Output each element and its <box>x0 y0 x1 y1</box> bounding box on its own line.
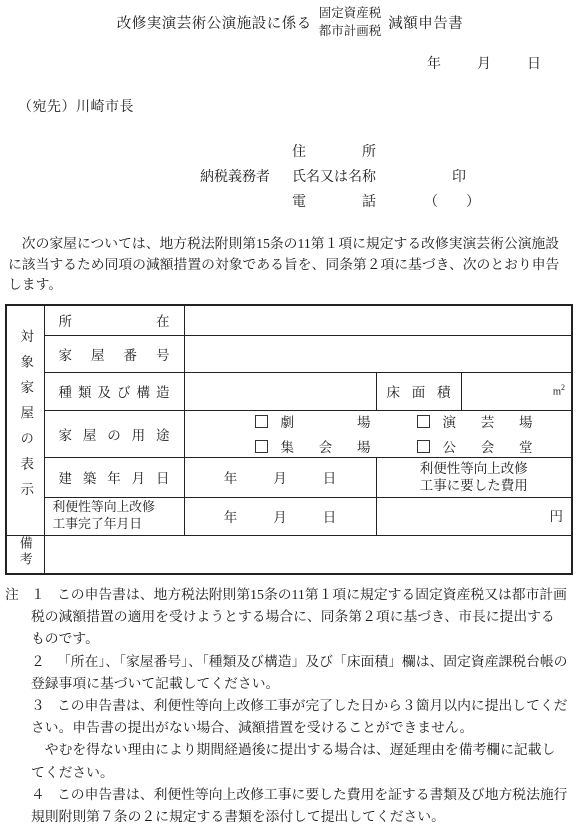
checkbox-entertainment-hall[interactable] <box>417 415 430 428</box>
address-row: 住所 <box>292 141 376 161</box>
usage-option-label: 集会場 <box>281 436 371 456</box>
month-label: 月 <box>273 467 287 487</box>
checkbox-theater[interactable] <box>255 415 268 428</box>
intro-line: します。 <box>8 275 574 296</box>
side-label-target-house: 対象家屋の表示 <box>6 305 44 535</box>
address-label: 住所 <box>292 141 376 161</box>
year-label: 年 <box>224 467 238 487</box>
house-number-input[interactable] <box>184 335 572 372</box>
note-line: 登録事項に基づいて記載してください。 <box>5 673 577 695</box>
phone-label: 電話 <box>292 191 376 211</box>
note-line: ２「所在」、「家屋番号」、「種類及び構造」及び「床面積」欄は、固定資産課税台帳の <box>5 651 577 673</box>
construction-date-label: 建築年月日 <box>44 457 184 497</box>
location-input[interactable] <box>184 305 572 335</box>
square-meter-unit: m2 <box>553 383 571 400</box>
usage-option-label: 演芸場 <box>443 411 533 431</box>
month-label: 月 <box>273 506 287 526</box>
phone-row: 電話 <box>292 191 376 211</box>
title-suffix: 減額申告書 <box>388 12 463 33</box>
usage-option-label: 劇場 <box>281 411 371 431</box>
header-date: 年 月 日 <box>427 53 541 73</box>
note-line: 税の減額措置の適用を受けようとする場合に、同条第２項に基づき、市長に提出する <box>5 606 577 628</box>
usage-option-label: 公会堂 <box>443 436 533 456</box>
floor-area-label: 床面積 <box>376 372 461 410</box>
declaration-form-page: 改修実演芸術公演施設に係る 固定資産税 都市計画税 減額申告書 年 月 日 （宛… <box>0 0 580 827</box>
note-line: ものです。 <box>5 628 577 650</box>
day-label: 日 <box>527 53 541 73</box>
recipient-line: （宛先）川崎市長 <box>18 96 134 116</box>
remarks-label: 備考 <box>6 535 44 574</box>
intro-line: に該当するため同項の減額措置の対象である旨を、同条第２項に基づき、次のとおり申告 <box>8 255 574 276</box>
note-line: やむを得ない理由により期間経過後に提出する場合は、遅延理由を備考欄に記載し <box>5 739 577 761</box>
note-line: 規則附則第７条の２に規定する書類を添付して提出してください。 <box>5 806 577 827</box>
yen-label: 円 <box>550 505 572 528</box>
usage-option-public-hall: 公会堂 <box>417 436 533 456</box>
floor-area-input[interactable]: m2 <box>461 372 572 410</box>
tax-type-stack: 固定資産税 都市計画税 <box>319 4 382 40</box>
property-description-table: 対象家屋の表示 所在 家屋番号 種類及び構造 床面積 m2 <box>5 304 573 575</box>
year-label: 年 <box>427 53 441 73</box>
title-prefix: 改修実演芸術公演施設に係る <box>117 12 312 33</box>
usage-options-cell: 劇場 演芸場 集会場 公会堂 <box>184 410 572 457</box>
form-title: 改修実演芸術公演施設に係る 固定資産税 都市計画税 減額申告書 <box>0 4 580 40</box>
usage-option-assembly-hall: 集会場 <box>255 436 371 456</box>
construction-date-input[interactable]: 年 月 日 <box>184 457 376 497</box>
day-label: 日 <box>323 506 337 526</box>
seal-mark: 印 <box>452 166 466 186</box>
type-structure-input[interactable] <box>184 372 376 410</box>
house-number-label: 家屋番号 <box>44 335 184 372</box>
checkbox-assembly-hall[interactable] <box>255 440 268 453</box>
remarks-input[interactable] <box>44 535 572 574</box>
usage-label: 家屋の用途 <box>44 410 184 457</box>
phone-area-code-parens: （ ） <box>424 191 480 211</box>
note-line: ３この申告書は、利便性等向上改修工事が完了した日から３箇月以内に提出してくだ <box>5 695 577 717</box>
usage-option-entertainment-hall: 演芸場 <box>417 411 533 431</box>
note-line: ４この申告書は、利便性等向上改修工事に要した費用を証する書類及び地方税法施行 <box>5 784 577 806</box>
name-row: 氏名又は名称 <box>292 166 376 186</box>
month-label: 月 <box>477 53 491 73</box>
renovation-cost-label: 利便性等向上改修 工事に要した費用 <box>376 457 572 497</box>
city-planning-tax-label: 都市計画税 <box>319 22 382 40</box>
name-label: 氏名又は名称 <box>292 170 376 185</box>
notes-section: 注１この申告書は、地方税法附則第15条の11第１項に規定する固定資産税又は都市計… <box>5 584 577 827</box>
note-line: てください。 <box>5 762 577 784</box>
usage-option-theater: 劇場 <box>255 411 371 431</box>
renovation-cost-input[interactable]: 円 <box>376 497 572 535</box>
type-structure-label: 種類及び構造 <box>44 372 184 410</box>
completion-date-input[interactable]: 年 月 日 <box>184 497 376 535</box>
location-label: 所在 <box>44 305 184 335</box>
note-line: 注１この申告書は、地方税法附則第15条の11第１項に規定する固定資産税又は都市計… <box>5 584 577 606</box>
checkbox-public-hall[interactable] <box>417 440 430 453</box>
intro-line: 次の家屋については、地方税法附則第15条の11第１項に規定する改修実演芸術公演施… <box>8 234 574 255</box>
taxpayer-label: 納税義務者 <box>200 166 270 186</box>
fixed-asset-tax-label: 固定資産税 <box>319 4 382 22</box>
day-label: 日 <box>323 467 337 487</box>
completion-date-label: 利便性等向上改修 工事完了年月日 <box>44 497 184 535</box>
note-line: さい。申告書の提出がない場合、減額措置を受けることができません。 <box>5 717 577 739</box>
intro-paragraph: 次の家屋については、地方税法附則第15条の11第１項に規定する改修実演芸術公演施… <box>8 234 574 296</box>
year-label: 年 <box>224 506 238 526</box>
